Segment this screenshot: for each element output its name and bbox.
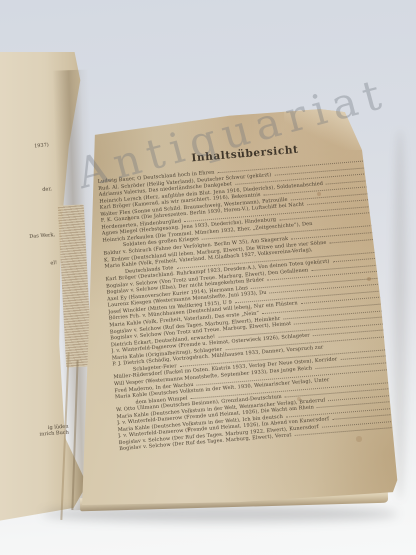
book-photo: 1937) der, Das Werk, el! ig lüden inrich… bbox=[0, 0, 416, 555]
left-page-fragment: Das Werk, bbox=[29, 232, 55, 240]
toc-entry-page-number: 15 bbox=[407, 390, 414, 397]
toc-entry-page-number: 18 bbox=[410, 423, 416, 430]
toc-entry-page-number: 15 bbox=[406, 377, 413, 384]
toc-entry-page-number: 17 bbox=[409, 416, 416, 423]
toc-entry-page-number: 16 bbox=[408, 403, 415, 410]
toc-list: Ludwig Bauer, O Deutschland hoch in Ehre… bbox=[98, 155, 416, 453]
left-page-fragment: el! bbox=[50, 260, 57, 266]
page-right-shadow bbox=[393, 130, 407, 500]
toc-entry-page-number: 16 bbox=[408, 396, 415, 403]
toc-entry-page-number: 15 bbox=[407, 383, 414, 390]
toc-entry-page-number: 17 bbox=[409, 410, 416, 417]
book-shadow bbox=[42, 506, 398, 522]
left-page-fragment: der, bbox=[42, 186, 52, 193]
toc-entry-page-number: 1 bbox=[391, 155, 395, 162]
table-of-contents: Inhaltsübersicht Ludwig Bauer, O Deutsch… bbox=[96, 136, 416, 453]
left-page-fragment: 1937) bbox=[34, 142, 49, 149]
contents-page: Inhaltsübersicht Ludwig Bauer, O Deutsch… bbox=[68, 98, 404, 512]
